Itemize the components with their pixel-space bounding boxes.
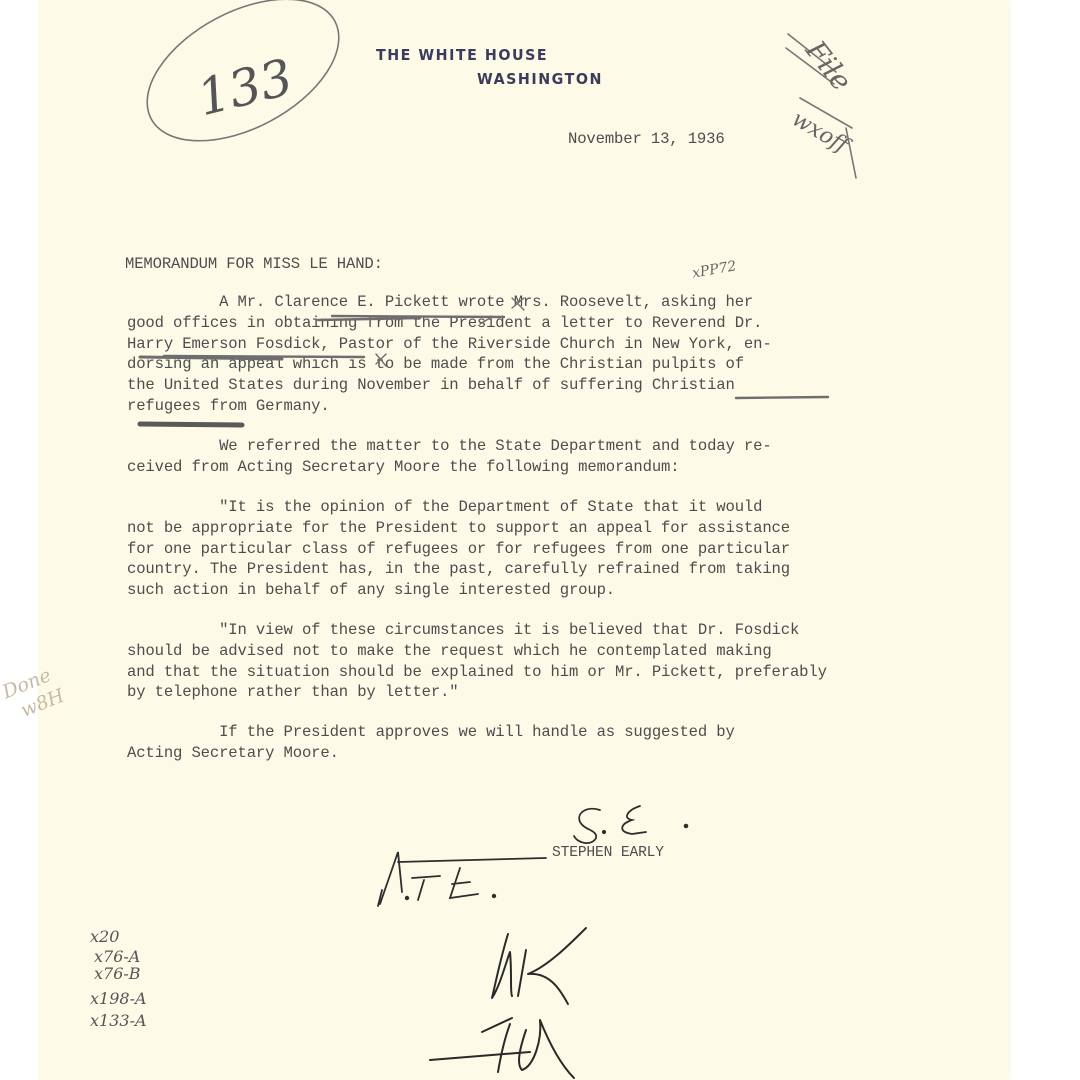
paragraph-referral: We referred the matter to the State Depa… — [127, 436, 772, 478]
cross-reference-list: x20 x76-A x76-B x198-A x133-A — [90, 926, 147, 1032]
paragraph-state-opinion: "It is the opinion of the Department of … — [127, 497, 790, 601]
signer-name: STEPHEN EARLY — [552, 843, 664, 864]
letterhead-title: THE WHITE HOUSE — [376, 46, 548, 64]
letterhead-city: WASHINGTON — [477, 70, 603, 88]
paragraph-recommendation: "In view of these circumstances it is be… — [127, 620, 827, 703]
paragraph-approval-request: If the President approves we will handle… — [127, 722, 735, 764]
cross-ref-item: x76-A — [94, 948, 147, 965]
paragraph-request: A Mr. Clarence E. Pickett wrote Mrs. Roo… — [127, 292, 772, 417]
cross-ref-item: x198-A — [90, 988, 147, 1010]
cross-ref-item: x133-A — [90, 1010, 147, 1032]
cross-ref-item: x20 — [90, 926, 147, 948]
memo-salutation: MEMORANDUM FOR MISS LE HAND: — [125, 254, 383, 275]
memo-date: November 13, 1936 — [568, 129, 725, 150]
cross-ref-item: x76-B — [94, 965, 147, 982]
